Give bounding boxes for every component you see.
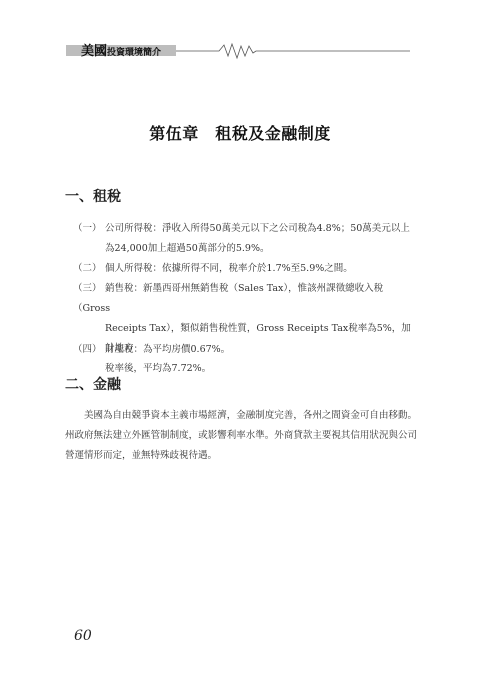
item-number: （四） [73,340,105,360]
item-text-continued: 為24,000加上超過50萬部分的5.9%。 [73,239,418,259]
section-heading-tax: 一、租稅 [65,186,121,206]
item-text: 財產稅：為平均房價0.67%。 [105,344,230,355]
header-title-small: 投資環境簡介 [107,48,161,58]
running-header: 美國投資環境簡介 [66,42,410,58]
list-item: （二）個人所得稅：依據所得不同，稅率介於1.7%至5.9%之間。 [73,259,418,279]
item-text-continued: 稅率後，平均為7.72%。 [73,359,418,379]
header-zigzag-rule [176,51,410,52]
finance-paragraph: 美國為自由競爭資本主義市場經濟，金融制度完善，各州之間資金可自由移動。州政府無法… [65,406,417,466]
list-item: （四）財產稅：為平均房價0.67%。 [73,340,418,360]
list-item: （一）公司所得稅：淨收入所得50萬美元以下之公司稅為4.8%；50萬美元以上 為… [73,219,418,259]
item-text: 銷售稅：新墨西哥州無銷售稅（Sales Tax），惟該州課徵總收入稅（Gross [73,283,383,314]
list-item: （三）銷售稅：新墨西哥州無銷售稅（Sales Tax），惟該州課徵總收入稅（Gr… [73,279,418,379]
item-number: （一） [73,219,105,239]
item-text: 公司所得稅：淨收入所得50萬美元以下之公司稅為4.8%；50萬美元以上 [105,223,410,234]
section-heading-finance: 二、金融 [65,374,121,394]
header-title: 美國投資環境簡介 [81,42,161,61]
page-number: 60 [74,628,92,644]
zigzag-line-icon [176,44,410,60]
header-title-large: 美國 [81,44,107,59]
item-number: （三） [73,279,105,299]
item-text: 個人所得稅：依據所得不同，稅率介於1.7%至5.9%之間。 [105,263,353,274]
item-number: （二） [73,259,105,279]
chapter-title: 第伍章 租稅及金融制度 [0,121,480,144]
